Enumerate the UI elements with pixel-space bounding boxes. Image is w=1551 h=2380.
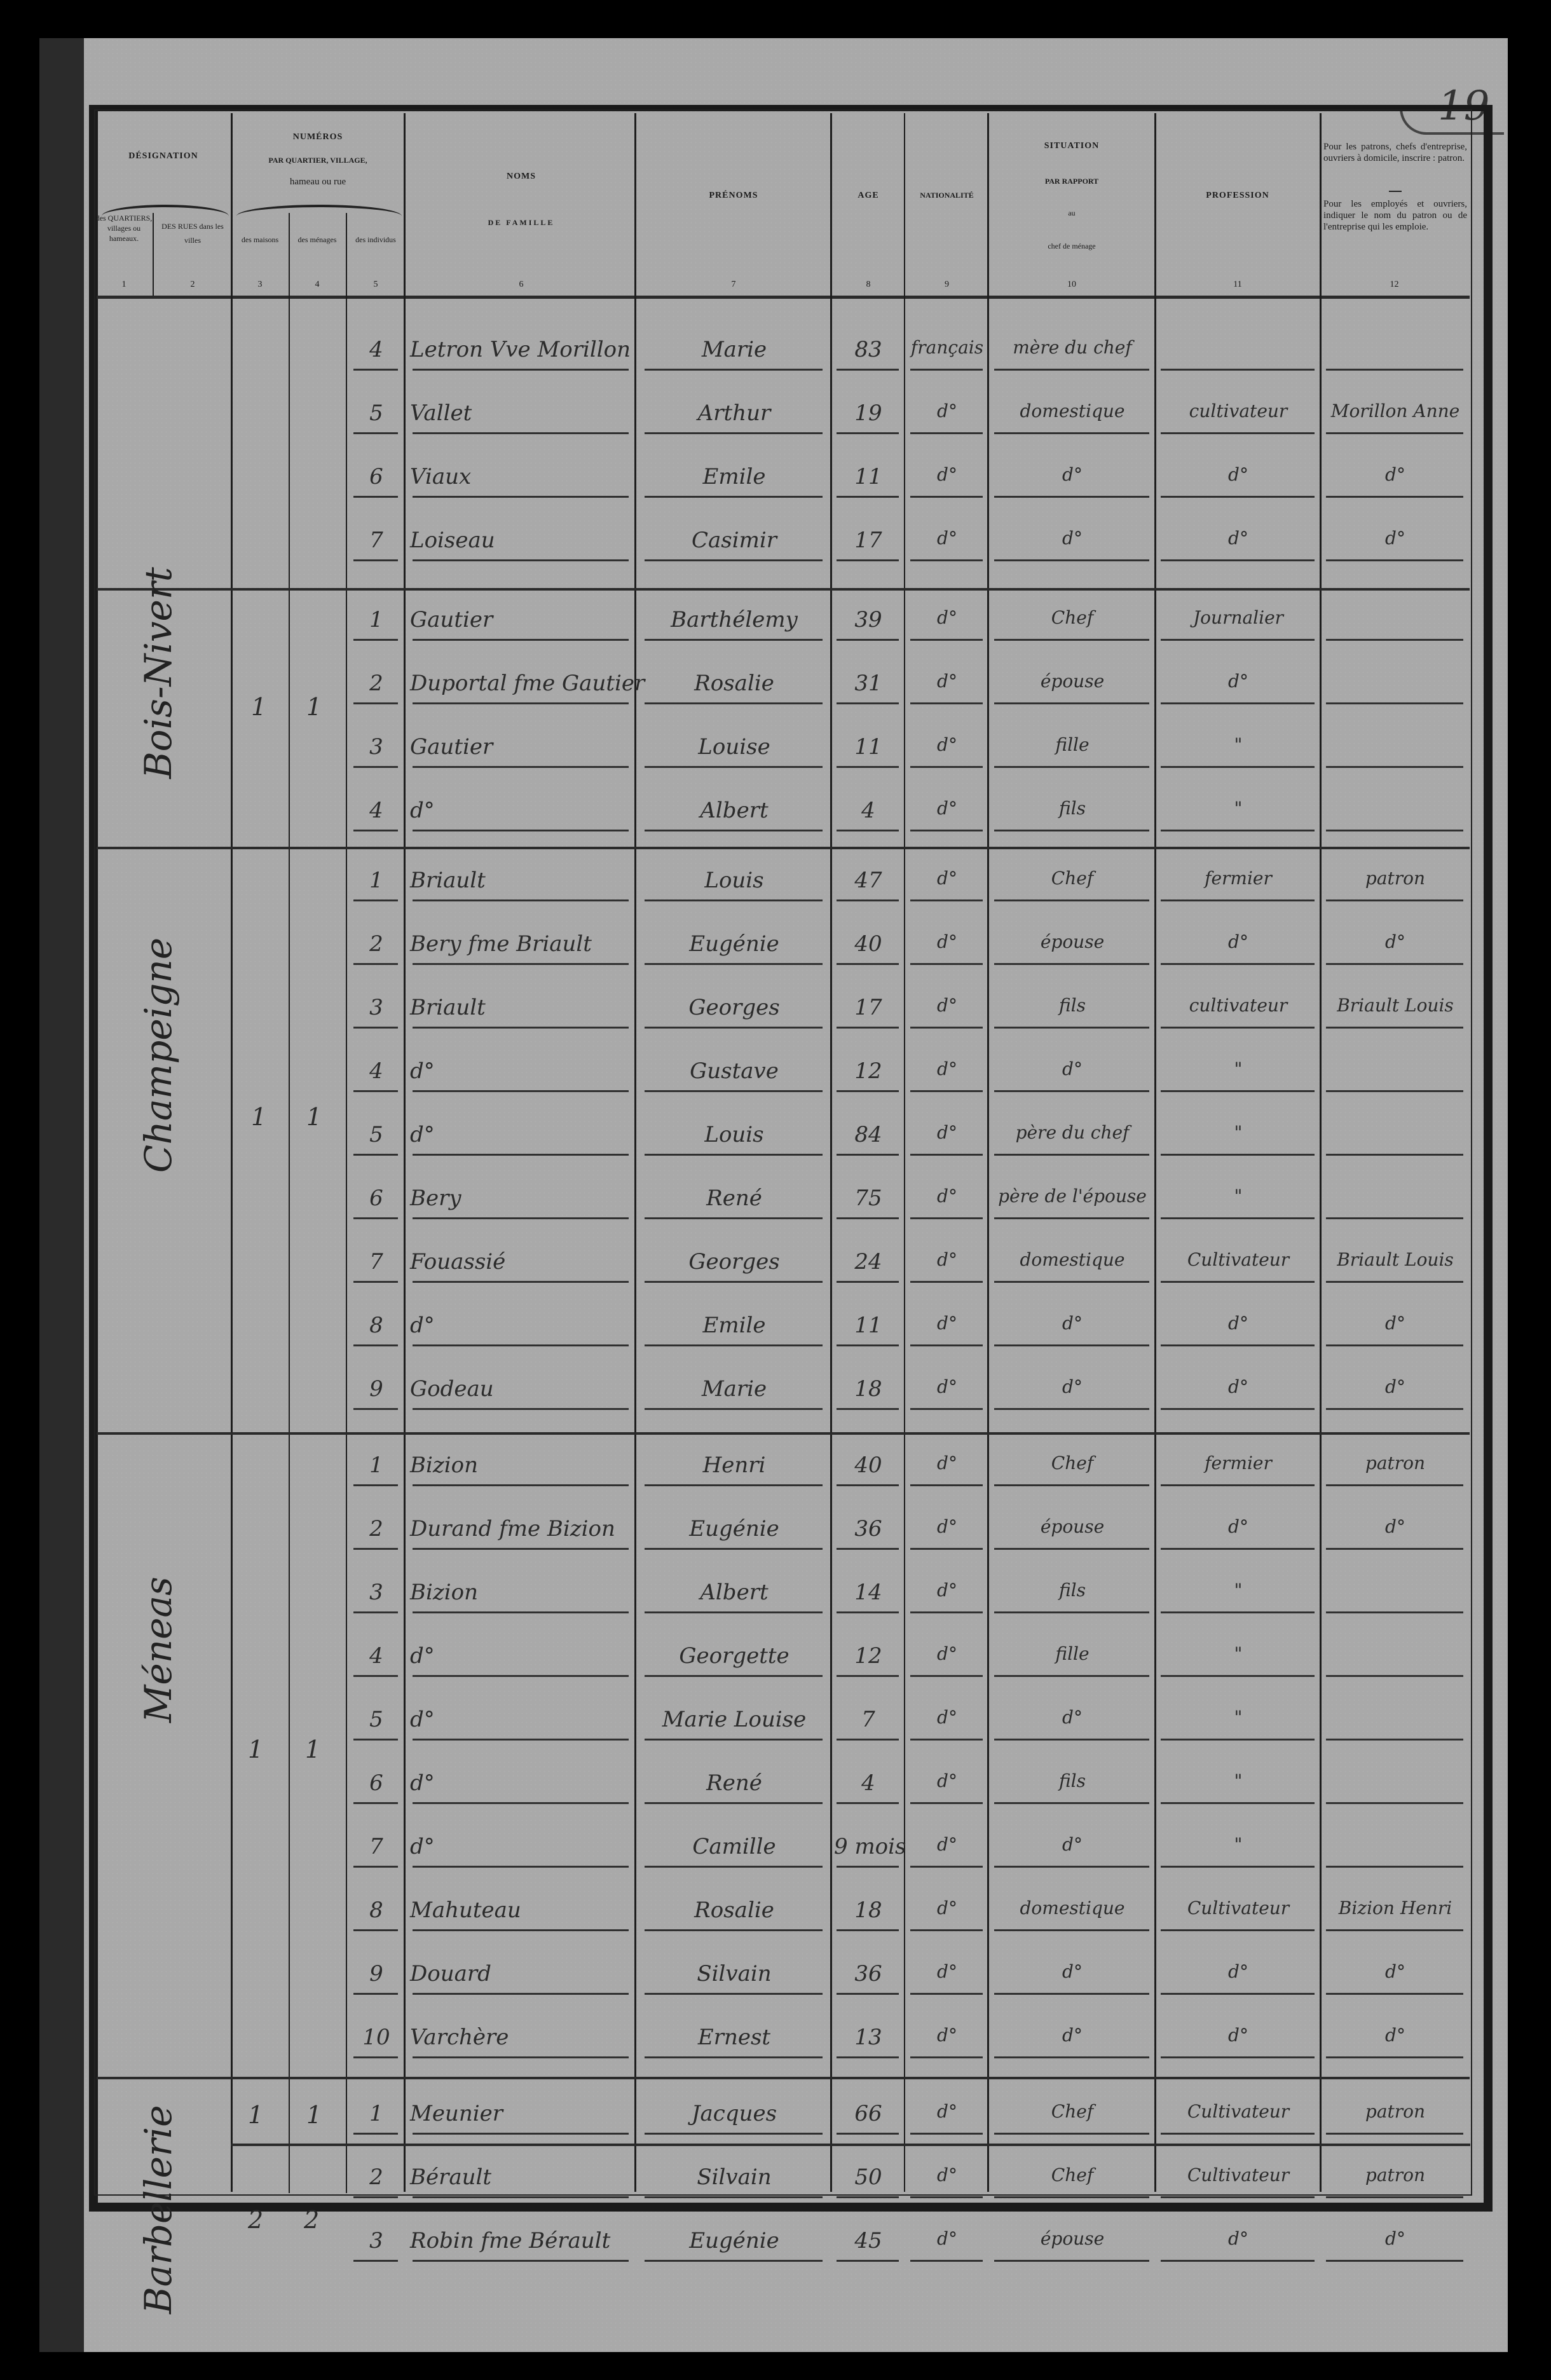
cell-individual-number: 7 bbox=[351, 1249, 402, 1275]
cell-employer: d° bbox=[1323, 1376, 1467, 1397]
cell-family-name: d° bbox=[410, 1313, 632, 1338]
cell-profession: " bbox=[1158, 734, 1318, 755]
row-underline bbox=[994, 1408, 1149, 1410]
row-underline bbox=[645, 1739, 823, 1741]
row-underline bbox=[837, 1344, 899, 1346]
row-underline bbox=[837, 1217, 899, 1219]
row-underline bbox=[413, 963, 629, 965]
row-underline bbox=[1326, 1484, 1463, 1486]
col-number-3: 3 bbox=[232, 280, 288, 290]
row-underline bbox=[1161, 1484, 1315, 1486]
cell-given-name: Louise bbox=[642, 734, 826, 760]
cell-age: 13 bbox=[834, 2025, 903, 2050]
cell-individual-number: 4 bbox=[351, 337, 402, 362]
row-underline bbox=[837, 559, 899, 561]
maisons-count: 1 bbox=[248, 1735, 263, 1763]
cell-individual-number: 7 bbox=[351, 528, 402, 553]
cell-family-name: d° bbox=[410, 1122, 632, 1147]
row-underline bbox=[353, 1993, 398, 1995]
cell-given-name: Louis bbox=[642, 1122, 826, 1147]
cell-age: 12 bbox=[834, 1058, 903, 1084]
row-underline bbox=[353, 1802, 398, 1804]
cell-individual-number: 8 bbox=[351, 1898, 402, 1923]
cell-household-situation: d° bbox=[992, 1707, 1153, 1728]
row-underline bbox=[837, 1090, 899, 1092]
row-underline bbox=[645, 830, 823, 831]
row-underline bbox=[994, 766, 1149, 768]
header-age: AGE bbox=[831, 191, 905, 201]
cell-family-name: Letron Vve Morillon bbox=[410, 337, 632, 362]
row-underline bbox=[837, 1739, 899, 1741]
cell-family-name: Robin fme Bérault bbox=[410, 2228, 632, 2253]
cell-profession: Cultivateur bbox=[1158, 2101, 1318, 2122]
cell-given-name: Jacques bbox=[642, 2101, 826, 2126]
row-underline bbox=[353, 1739, 398, 1741]
col-divider-5 bbox=[404, 113, 406, 2192]
row-underline bbox=[910, 1408, 983, 1410]
row-underline bbox=[1161, 496, 1315, 498]
cell-family-name: Bizion bbox=[410, 1453, 632, 1478]
cell-employer: d° bbox=[1323, 1961, 1467, 1982]
cell-individual-number: 2 bbox=[351, 2165, 402, 2190]
row-underline bbox=[645, 2196, 823, 2198]
cell-individual-number: 10 bbox=[351, 2025, 402, 2050]
cell-employer: patron bbox=[1323, 2101, 1467, 2122]
row-underline bbox=[353, 1675, 398, 1677]
row-underline bbox=[413, 1929, 629, 1931]
col-divider-7 bbox=[830, 113, 832, 2192]
cell-individual-number: 3 bbox=[351, 1580, 402, 1605]
cell-individual-number: 3 bbox=[351, 734, 402, 760]
row-underline bbox=[645, 1281, 823, 1283]
cell-age: 19 bbox=[834, 400, 903, 426]
row-underline bbox=[413, 2056, 629, 2058]
row-underline bbox=[413, 2196, 629, 2198]
cell-household-situation: fils bbox=[992, 1580, 1153, 1601]
row-underline bbox=[645, 1548, 823, 1550]
header-profession: PROFESSION bbox=[1155, 191, 1320, 201]
cell-age: 11 bbox=[834, 1313, 903, 1338]
row-underline bbox=[1326, 2260, 1463, 2262]
header-noms-sub: DE FAMILLE bbox=[407, 218, 636, 228]
header-patron-note2: Pour les employés et ouvriers, indiquer … bbox=[1323, 198, 1467, 233]
row-underline bbox=[413, 496, 629, 498]
cell-family-name: Gautier bbox=[410, 607, 632, 633]
cell-individual-number: 5 bbox=[351, 1122, 402, 1147]
cell-age: 24 bbox=[834, 1249, 903, 1275]
cell-nationality: d° bbox=[908, 528, 987, 549]
row-underline bbox=[645, 963, 823, 965]
cell-given-name: Silvain bbox=[642, 1961, 826, 1987]
cell-age: 4 bbox=[834, 1770, 903, 1796]
row-underline bbox=[1326, 830, 1463, 831]
cell-nationality: d° bbox=[908, 2101, 987, 2122]
row-underline bbox=[1161, 2260, 1315, 2262]
cell-profession: Journalier bbox=[1158, 607, 1318, 628]
row-underline bbox=[1161, 639, 1315, 641]
header-col2: DES RUES dans les villes bbox=[155, 219, 230, 247]
row-underline bbox=[645, 1344, 823, 1346]
header-numeros-sub: PAR QUARTIER, VILLAGE, bbox=[232, 156, 404, 165]
cell-age: 18 bbox=[834, 1898, 903, 1923]
cell-profession: cultivateur bbox=[1158, 400, 1318, 421]
header-bottom-rule bbox=[97, 296, 1470, 299]
row-underline bbox=[645, 899, 823, 901]
cell-employer: d° bbox=[1323, 931, 1467, 952]
row-underline bbox=[837, 1929, 899, 1931]
header-prenoms: PRÉNOMS bbox=[636, 191, 831, 201]
col-divider-4 bbox=[346, 213, 347, 2193]
header-numeros: NUMÉROS bbox=[232, 132, 404, 142]
cell-household-situation: d° bbox=[992, 1376, 1153, 1397]
row-underline bbox=[837, 766, 899, 768]
row-underline bbox=[910, 899, 983, 901]
row-underline bbox=[994, 1929, 1149, 1931]
row-underline bbox=[1326, 963, 1463, 965]
row-underline bbox=[413, 2260, 629, 2262]
cell-profession: d° bbox=[1158, 931, 1318, 952]
cell-employer: d° bbox=[1323, 2228, 1467, 2249]
header-col5: des individus bbox=[346, 226, 405, 254]
cell-family-name: Meunier bbox=[410, 2101, 632, 2126]
cell-profession: " bbox=[1158, 1834, 1318, 1855]
col-divider-9 bbox=[987, 113, 989, 2192]
section-divider bbox=[97, 588, 1470, 591]
cell-household-situation: Chef bbox=[992, 2165, 1153, 2185]
row-underline bbox=[353, 1866, 398, 1868]
cell-individual-number: 1 bbox=[351, 607, 402, 633]
cell-employer: d° bbox=[1323, 1313, 1467, 1334]
row-underline bbox=[994, 1027, 1149, 1029]
cell-given-name: Barthélemy bbox=[642, 607, 826, 633]
row-underline bbox=[1161, 369, 1315, 371]
row-underline bbox=[645, 1611, 823, 1613]
cell-nationality: d° bbox=[908, 1516, 987, 1537]
row-underline bbox=[1326, 1281, 1463, 1283]
row-underline bbox=[353, 1548, 398, 1550]
cell-given-name: Casimir bbox=[642, 528, 826, 553]
cell-age: 75 bbox=[834, 1186, 903, 1211]
cell-nationality: d° bbox=[908, 1898, 987, 1918]
col-number-4: 4 bbox=[289, 280, 345, 290]
row-underline bbox=[1326, 639, 1463, 641]
cell-family-name: Bery fme Briault bbox=[410, 931, 632, 957]
cell-profession: " bbox=[1158, 1707, 1318, 1728]
row-underline bbox=[1161, 1739, 1315, 1741]
row-underline bbox=[1326, 1611, 1463, 1613]
cell-age: 17 bbox=[834, 528, 903, 553]
row-underline bbox=[994, 1675, 1149, 1677]
cell-given-name: Georges bbox=[642, 1249, 826, 1275]
cell-profession: " bbox=[1158, 1643, 1318, 1664]
menages-count: 1 bbox=[306, 1103, 322, 1131]
cell-family-name: Douard bbox=[410, 1961, 632, 1987]
cell-nationality: d° bbox=[908, 798, 987, 819]
row-underline bbox=[837, 702, 899, 704]
cell-individual-number: 5 bbox=[351, 400, 402, 426]
row-underline bbox=[1326, 766, 1463, 768]
cell-employer: d° bbox=[1323, 1516, 1467, 1537]
row-underline bbox=[837, 2196, 899, 2198]
cell-individual-number: 4 bbox=[351, 1058, 402, 1084]
cell-given-name: Eugénie bbox=[642, 931, 826, 957]
cell-family-name: d° bbox=[410, 1058, 632, 1084]
col-divider-2 bbox=[231, 113, 233, 2192]
cell-profession: cultivateur bbox=[1158, 995, 1318, 1016]
cell-household-situation: d° bbox=[992, 1834, 1153, 1855]
maisons-count: 1 bbox=[248, 2101, 263, 2129]
cell-profession: fermier bbox=[1158, 868, 1318, 889]
row-underline bbox=[645, 1866, 823, 1868]
row-underline bbox=[910, 2133, 983, 2135]
row-underline bbox=[994, 1154, 1149, 1156]
row-underline bbox=[837, 1548, 899, 1550]
cell-household-situation: fille bbox=[992, 734, 1153, 755]
row-underline bbox=[645, 1802, 823, 1804]
col-number-10: 10 bbox=[988, 280, 1155, 290]
cell-age: 50 bbox=[834, 2165, 903, 2190]
cell-age: 40 bbox=[834, 1453, 903, 1478]
col-number-5: 5 bbox=[346, 280, 405, 290]
row-underline bbox=[1161, 1929, 1315, 1931]
col-number-6: 6 bbox=[407, 280, 636, 290]
row-underline bbox=[353, 432, 398, 434]
row-underline bbox=[1161, 432, 1315, 434]
cell-individual-number: 6 bbox=[351, 1186, 402, 1211]
cell-family-name: Briault bbox=[410, 995, 632, 1020]
row-underline bbox=[1326, 2196, 1463, 2198]
row-underline bbox=[645, 559, 823, 561]
cell-given-name: Ernest bbox=[642, 2025, 826, 2050]
header-patron-note1: Pour les patrons, chefs d'entreprise, ou… bbox=[1323, 141, 1467, 164]
row-underline bbox=[413, 1993, 629, 1995]
cell-employer: patron bbox=[1323, 2165, 1467, 2185]
cell-age: 31 bbox=[834, 671, 903, 696]
cell-nationality: d° bbox=[908, 1122, 987, 1143]
row-underline bbox=[994, 830, 1149, 831]
col-number-12: 12 bbox=[1320, 280, 1468, 290]
row-underline bbox=[413, 1484, 629, 1486]
col-number-7: 7 bbox=[636, 280, 831, 290]
col-divider-6 bbox=[634, 113, 636, 2192]
cell-household-situation: épouse bbox=[992, 671, 1153, 692]
header-numeros-sub2: hameau ou rue bbox=[232, 177, 404, 188]
row-underline bbox=[1326, 2056, 1463, 2058]
cell-household-situation: domestique bbox=[992, 1898, 1153, 1918]
row-underline bbox=[994, 963, 1149, 965]
cell-given-name: Eugénie bbox=[642, 2228, 826, 2253]
cell-given-name: Albert bbox=[642, 1580, 826, 1605]
row-underline bbox=[413, 1154, 629, 1156]
cell-household-situation: épouse bbox=[992, 1516, 1153, 1537]
row-underline bbox=[994, 1739, 1149, 1741]
cell-profession: d° bbox=[1158, 671, 1318, 692]
row-underline bbox=[1161, 899, 1315, 901]
cell-nationality: d° bbox=[908, 995, 987, 1016]
cell-nationality: d° bbox=[908, 1770, 987, 1791]
row-underline bbox=[1161, 830, 1315, 831]
cell-given-name: René bbox=[642, 1186, 826, 1211]
page-binding bbox=[39, 38, 84, 2352]
row-underline bbox=[353, 1281, 398, 1283]
row-underline bbox=[1326, 432, 1463, 434]
row-underline bbox=[994, 1217, 1149, 1219]
row-underline bbox=[994, 639, 1149, 641]
row-underline bbox=[994, 1548, 1149, 1550]
cell-household-situation: d° bbox=[992, 528, 1153, 549]
row-underline bbox=[1326, 1993, 1463, 1995]
row-underline bbox=[413, 702, 629, 704]
cell-individual-number: 3 bbox=[351, 995, 402, 1020]
cell-profession: d° bbox=[1158, 1376, 1318, 1397]
row-underline bbox=[837, 1027, 899, 1029]
row-underline bbox=[413, 559, 629, 561]
row-underline bbox=[910, 1027, 983, 1029]
header-nationalite: NATIONALITÉ bbox=[905, 191, 988, 200]
village-name-barbellerie: Barbellerie bbox=[137, 2105, 180, 2314]
cell-employer: d° bbox=[1323, 464, 1467, 485]
cell-profession: fermier bbox=[1158, 1453, 1318, 1474]
row-underline bbox=[1326, 1090, 1463, 1092]
cell-nationality: d° bbox=[908, 1580, 987, 1601]
cell-age: 36 bbox=[834, 1516, 903, 1542]
cell-given-name: Arthur bbox=[642, 400, 826, 426]
row-underline bbox=[1161, 1217, 1315, 1219]
row-underline bbox=[837, 1408, 899, 1410]
cell-individual-number: 9 bbox=[351, 1961, 402, 1987]
row-underline bbox=[1161, 1090, 1315, 1092]
cell-age: 45 bbox=[834, 2228, 903, 2253]
row-underline bbox=[910, 496, 983, 498]
cell-family-name: d° bbox=[410, 798, 632, 823]
row-underline bbox=[837, 496, 899, 498]
row-underline bbox=[910, 1281, 983, 1283]
cell-employer: d° bbox=[1323, 2025, 1467, 2046]
row-underline bbox=[837, 2056, 899, 2058]
cell-employer: patron bbox=[1323, 868, 1467, 889]
cell-nationality: d° bbox=[908, 2025, 987, 2046]
cell-household-situation: épouse bbox=[992, 2228, 1153, 2249]
row-underline bbox=[994, 2133, 1149, 2135]
row-underline bbox=[413, 1281, 629, 1283]
row-underline bbox=[837, 1281, 899, 1283]
row-underline bbox=[353, 1090, 398, 1092]
row-underline bbox=[1326, 1802, 1463, 1804]
cell-individual-number: 7 bbox=[351, 1834, 402, 1859]
row-underline bbox=[994, 1802, 1149, 1804]
row-underline bbox=[413, 432, 629, 434]
cell-given-name: Henri bbox=[642, 1453, 826, 1478]
row-underline bbox=[645, 1090, 823, 1092]
row-underline bbox=[910, 2056, 983, 2058]
row-underline bbox=[353, 2196, 398, 2198]
cell-given-name: Rosalie bbox=[642, 671, 826, 696]
menages-count: 1 bbox=[306, 693, 322, 721]
row-underline bbox=[413, 1611, 629, 1613]
row-underline bbox=[413, 639, 629, 641]
row-underline bbox=[413, 1866, 629, 1868]
cell-household-situation: d° bbox=[992, 1961, 1153, 1982]
row-underline bbox=[353, 2133, 398, 2135]
row-underline bbox=[1326, 1027, 1463, 1029]
row-underline bbox=[353, 1154, 398, 1156]
cell-nationality: d° bbox=[908, 1453, 987, 1474]
row-underline bbox=[910, 2260, 983, 2262]
cell-profession: d° bbox=[1158, 2228, 1318, 2249]
row-underline bbox=[645, 702, 823, 704]
row-underline bbox=[994, 1090, 1149, 1092]
row-underline bbox=[837, 963, 899, 965]
cell-family-name: Bérault bbox=[410, 2165, 632, 2190]
cell-individual-number: 6 bbox=[351, 464, 402, 489]
row-underline bbox=[994, 559, 1149, 561]
col-number-11: 11 bbox=[1155, 280, 1320, 290]
cell-age: 39 bbox=[834, 607, 903, 633]
row-underline bbox=[910, 559, 983, 561]
header-patron-dash bbox=[1389, 191, 1402, 192]
cell-age: 84 bbox=[834, 1122, 903, 1147]
cell-profession: d° bbox=[1158, 1313, 1318, 1334]
row-underline bbox=[994, 1866, 1149, 1868]
cell-family-name: Bery bbox=[410, 1186, 632, 1211]
col-number-9: 9 bbox=[905, 280, 988, 290]
row-underline bbox=[353, 496, 398, 498]
row-underline bbox=[1326, 496, 1463, 498]
cell-household-situation: Chef bbox=[992, 607, 1153, 628]
row-underline bbox=[1161, 1866, 1315, 1868]
row-underline bbox=[910, 1484, 983, 1486]
row-underline bbox=[910, 1993, 983, 1995]
row-underline bbox=[837, 1484, 899, 1486]
row-underline bbox=[910, 639, 983, 641]
row-underline bbox=[1161, 1281, 1315, 1283]
cell-nationality: d° bbox=[908, 464, 987, 485]
row-underline bbox=[353, 2056, 398, 2058]
cell-profession: " bbox=[1158, 1770, 1318, 1791]
row-underline bbox=[1161, 766, 1315, 768]
row-underline bbox=[910, 2196, 983, 2198]
cell-age: 4 bbox=[834, 798, 903, 823]
row-underline bbox=[645, 1154, 823, 1156]
cell-age: 66 bbox=[834, 2101, 903, 2126]
row-underline bbox=[837, 1802, 899, 1804]
cell-household-situation: domestique bbox=[992, 1249, 1153, 1270]
row-underline bbox=[353, 766, 398, 768]
cell-household-situation: Chef bbox=[992, 1453, 1153, 1474]
village-name-bois-nivert: Bois-Nivert bbox=[137, 567, 180, 779]
cell-employer: Briault Louis bbox=[1323, 1249, 1467, 1270]
header-col3: des maisons bbox=[232, 226, 288, 254]
cell-given-name: Emile bbox=[642, 1313, 826, 1338]
cell-nationality: d° bbox=[908, 1643, 987, 1664]
cell-age: 7 bbox=[834, 1707, 903, 1732]
cell-family-name: Godeau bbox=[410, 1376, 632, 1402]
cell-household-situation: fils bbox=[992, 995, 1153, 1016]
cell-household-situation: d° bbox=[992, 1313, 1153, 1334]
row-underline bbox=[994, 1993, 1149, 1995]
header-col4: des ménages bbox=[289, 226, 345, 254]
cell-family-name: Fouassié bbox=[410, 1249, 632, 1275]
cell-employer: Briault Louis bbox=[1323, 995, 1467, 1016]
row-underline bbox=[994, 1611, 1149, 1613]
cell-individual-number: 5 bbox=[351, 1707, 402, 1732]
cell-employer: patron bbox=[1323, 1453, 1467, 1474]
row-underline bbox=[837, 2133, 899, 2135]
cell-profession: d° bbox=[1158, 1961, 1318, 1982]
cell-individual-number: 1 bbox=[351, 2101, 402, 2126]
section-divider bbox=[97, 847, 1470, 849]
cell-given-name: Georges bbox=[642, 995, 826, 1020]
